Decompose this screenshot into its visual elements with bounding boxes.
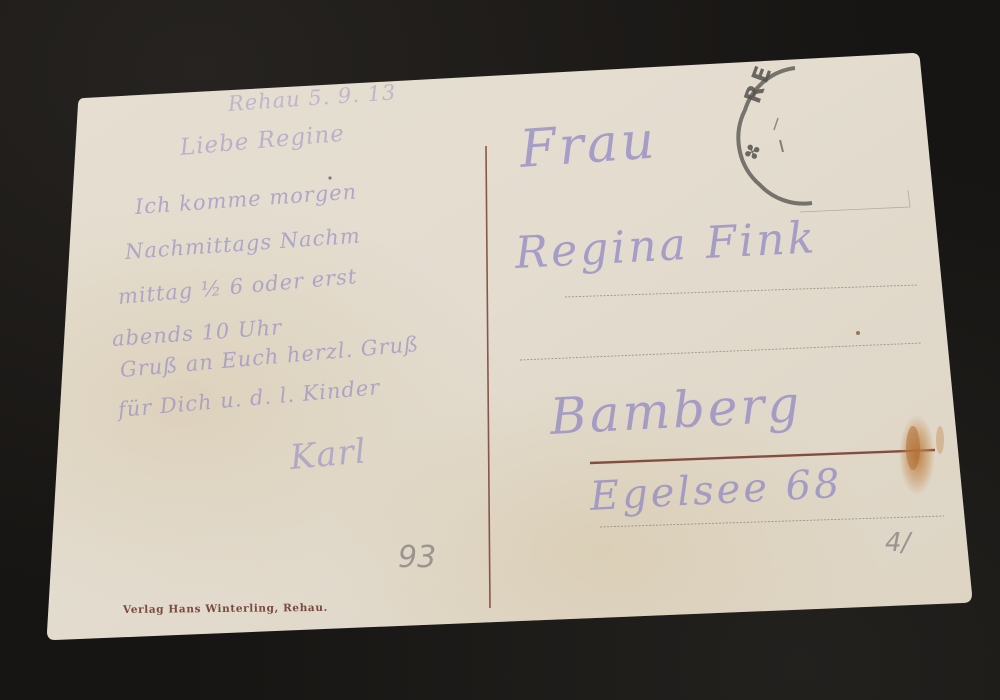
- pencil-mark: 4/: [885, 528, 910, 558]
- address-salutation: Frau: [518, 110, 659, 179]
- pencil-number: 93: [398, 540, 436, 575]
- message-signature: Karl: [288, 431, 368, 478]
- publisher-imprint: Verlag Hans Winterling, Rehau.: [123, 602, 328, 616]
- postcard: [0, 0, 1000, 700]
